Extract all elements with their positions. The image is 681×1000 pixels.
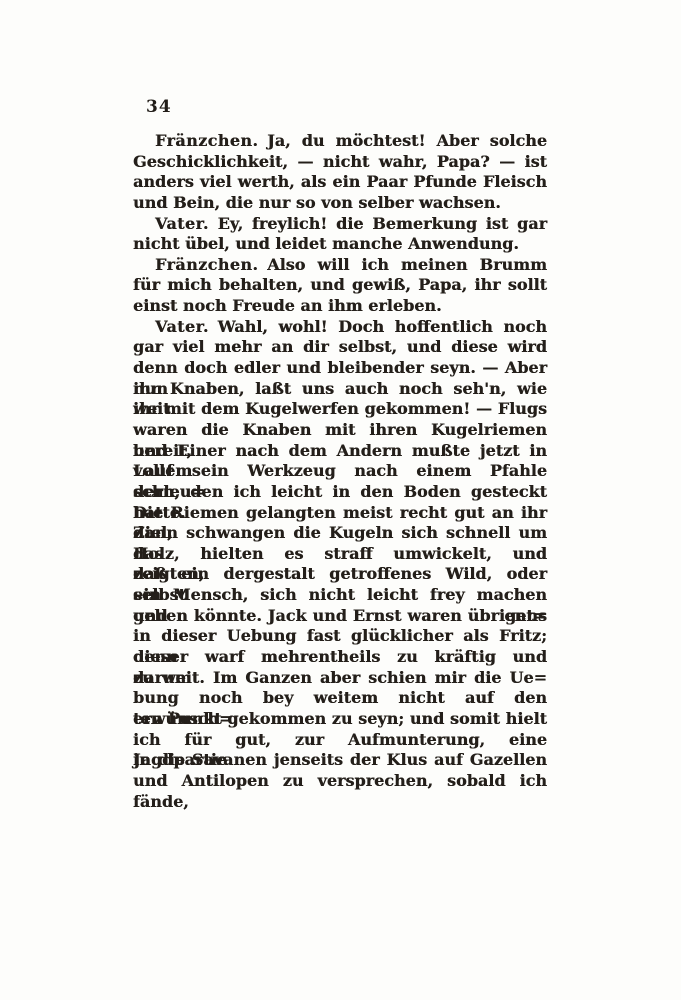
speaker-name: Fränzchen. [155,255,258,274]
text-line: Vater.Ey, freylich! die Bemerkung ist ga… [133,214,547,235]
text-line: anders viel werth, als ein Paar Pfunde F… [133,172,547,193]
line-text: Also will ich meinen Brumm [267,255,547,274]
line-text: ihr mit dem Kugelwerfen gekommen! — Flug… [133,399,547,418]
line-text: einst noch Freude an ihm erleben. [133,296,442,315]
text-line: ich für gut, zur Aufmunterung, eine Jagd… [133,730,547,751]
text-line: Geschicklichkeit, — nicht wahr, Papa? — … [133,152,547,173]
text-line: und Bein, die nur so von selber wachsen. [133,193,547,214]
line-text: anders viel werth, als ein Paar Pfunde F… [133,172,547,191]
line-text: Wahl, wohl! Doch hoffentlich noch [218,317,547,336]
text-line: dieser warf mehrentheils zu kräftig und … [133,647,547,668]
text-line: Die Riemen gelangten meist recht gut an … [133,503,547,524]
line-text: Ja, du möchtest! Aber solche [267,131,547,150]
text-line: dern, den ich leicht in den Boden gestec… [133,482,547,503]
text-line: waren die Knaben mit ihren Kugelriemen b… [133,420,547,441]
text-line: nicht übel, und leidet manche Anwendung. [133,234,547,255]
line-text: Ey, freylich! die Bemerkung ist gar [218,214,547,233]
speaker-name: Fränzchen. [155,131,258,150]
text-line: einst noch Freude an ihm erleben. [133,296,547,317]
line-text: gehen könnte. Jack und Ernst waren übrig… [133,606,547,625]
text-line: Vater.Wahl, wohl! Doch hoffentlich noch [133,317,547,338]
line-text: und Antilopen zu versprechen, sobald ich… [133,771,547,811]
text-line: und Antilopen zu versprechen, sobald ich… [133,771,547,792]
book-page: 34 Fränzchen.Ja, du möchtest! Aber solch… [0,0,681,1000]
line-text: ten Punkt gekommen zu seyn; und somit hi… [133,709,547,728]
speaker-name: Vater. [155,317,209,336]
text-line: und Einer nach dem Andern mußte jetzt in… [133,441,547,462]
line-text: zu weit. Im Ganzen aber schien mir die U… [133,668,547,687]
line-text: gar viel mehr an dir selbst, und diese w… [133,337,547,356]
text-line: in die Savanen jenseits der Klus auf Gaz… [133,750,547,771]
page-number: 34 [146,97,172,117]
text-line: daß ein dergestalt getroffenes Wild, ode… [133,564,547,585]
text-line: Fränzchen.Ja, du möchtest! Aber solche [133,131,547,152]
text-line: ein Mensch, sich nicht leicht frey mache… [133,585,547,606]
text-line: bung noch bey weitem nicht auf den erwün… [133,688,547,709]
text-line: Fränzchen.Also will ich meinen Brumm [133,255,547,276]
speaker-name: Vater. [155,214,209,233]
text-line: zu weit. Im Ganzen aber schien mir die U… [133,668,547,689]
text-line: gar viel mehr an dir selbst, und diese w… [133,337,547,358]
text-line: ihr Knaben, laßt uns auch noch seh'n, wi… [133,379,547,400]
text-line: denn doch edler und bleibender seyn. — A… [133,358,547,379]
text-line: gehen könnte. Jack und Ernst waren übrig… [133,606,547,627]
text-line: in dieser Uebung fast glücklicher als Fr… [133,626,547,647]
line-text: nicht übel, und leidet manche Anwendung. [133,234,519,253]
text-line: ihr mit dem Kugelwerfen gekommen! — Flug… [133,399,547,420]
text-line: Lauf sein Werkzeug nach einem Pfahle sch… [133,461,547,482]
text-block: Fränzchen.Ja, du möchtest! Aber solcheGe… [133,131,547,792]
line-text: und Bein, die nur so von selber wachsen. [133,193,501,212]
line-text: Geschicklichkeit, — nicht wahr, Papa? — … [133,152,547,171]
line-text: für mich behalten, und gewiß, Papa, ihr … [133,275,547,294]
text-line: Holz, hielten es straff umwickelt, und z… [133,544,547,565]
text-line: dann schwangen die Kugeln sich schnell u… [133,523,547,544]
line-text: in die Savanen jenseits der Klus auf Gaz… [133,750,547,769]
text-line: für mich behalten, und gewiß, Papa, ihr … [133,275,547,296]
text-line: ten Punkt gekommen zu seyn; und somit hi… [133,709,547,730]
